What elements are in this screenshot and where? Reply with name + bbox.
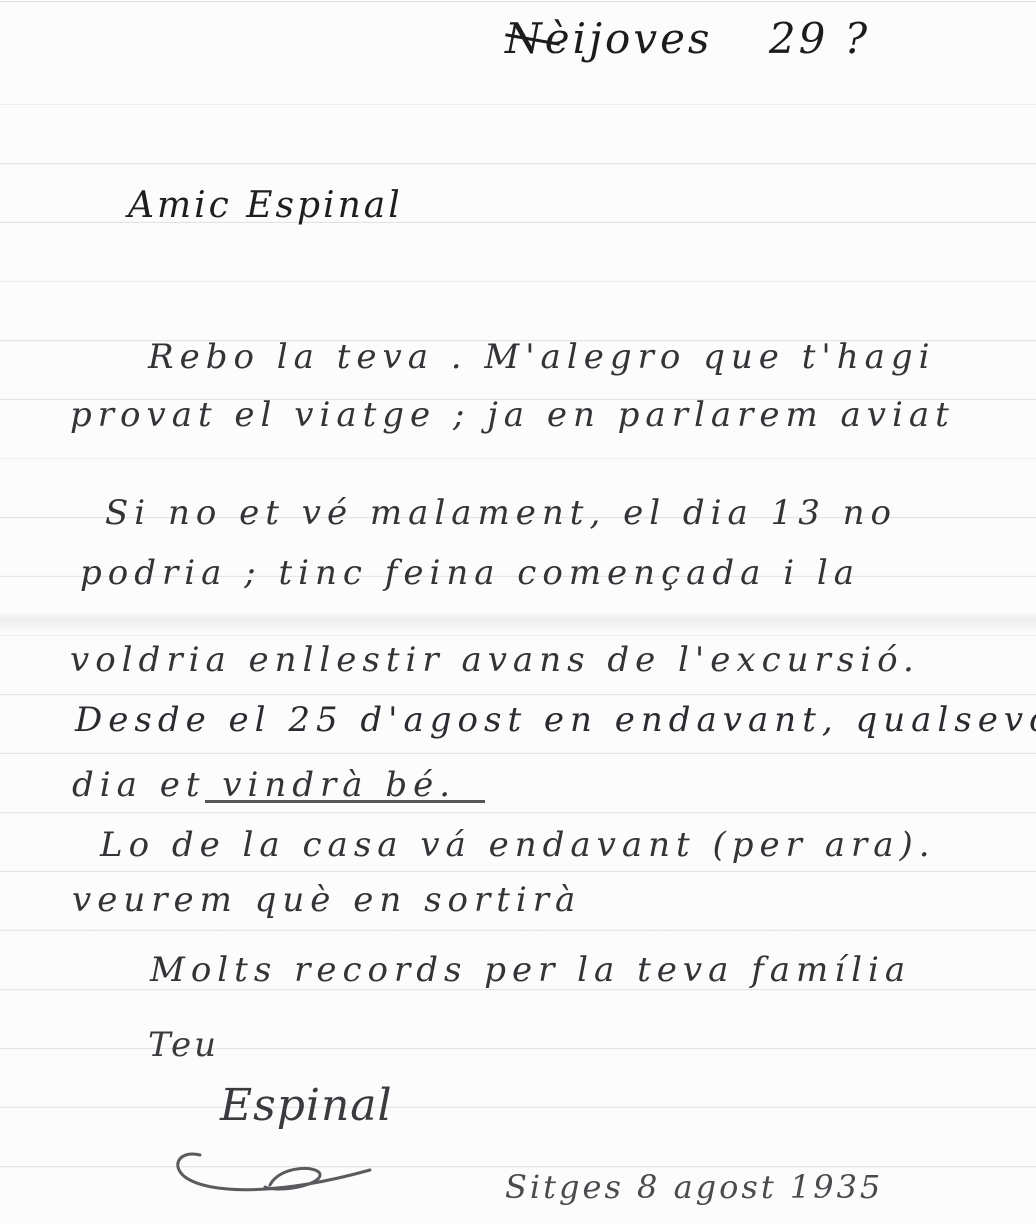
body-line-1: Rebo la teva . M'alegro que t'hagi	[148, 337, 936, 377]
paper-fold-crease	[0, 612, 1036, 630]
body-line-6: Desde el 25 d'agost en endavant, qualsev…	[75, 700, 1036, 740]
underline-mark	[205, 800, 485, 803]
header-place-and-number: Nèijoves 29 ?	[505, 14, 870, 63]
closing: Teu	[148, 1025, 219, 1065]
header-number: 29 ?	[769, 14, 870, 63]
body-line-9: veurem què en sortirà	[72, 880, 581, 920]
dateline: Sitges 8 agost 1935	[505, 1168, 883, 1206]
body-line-2: provat el viatge ; ja en parlarem aviat	[70, 395, 955, 435]
signature-flourish-icon	[170, 1135, 390, 1205]
body-line-8: Lo de la casa vá endavant (per ara).	[100, 825, 936, 865]
body-line-7: dia et vindrà bé.	[72, 765, 456, 805]
body-line-3: Si no et vé malament, el dia 13 no	[105, 493, 897, 533]
salutation: Amic Espinal	[128, 185, 403, 226]
body-line-5: voldria enllestir avans de l'excursió.	[70, 640, 920, 680]
body-line-10: Molts records per la teva família	[150, 950, 911, 990]
signature: Espinal	[220, 1080, 393, 1131]
body-line-4: podria ; tinc feina començada i la	[80, 553, 860, 593]
